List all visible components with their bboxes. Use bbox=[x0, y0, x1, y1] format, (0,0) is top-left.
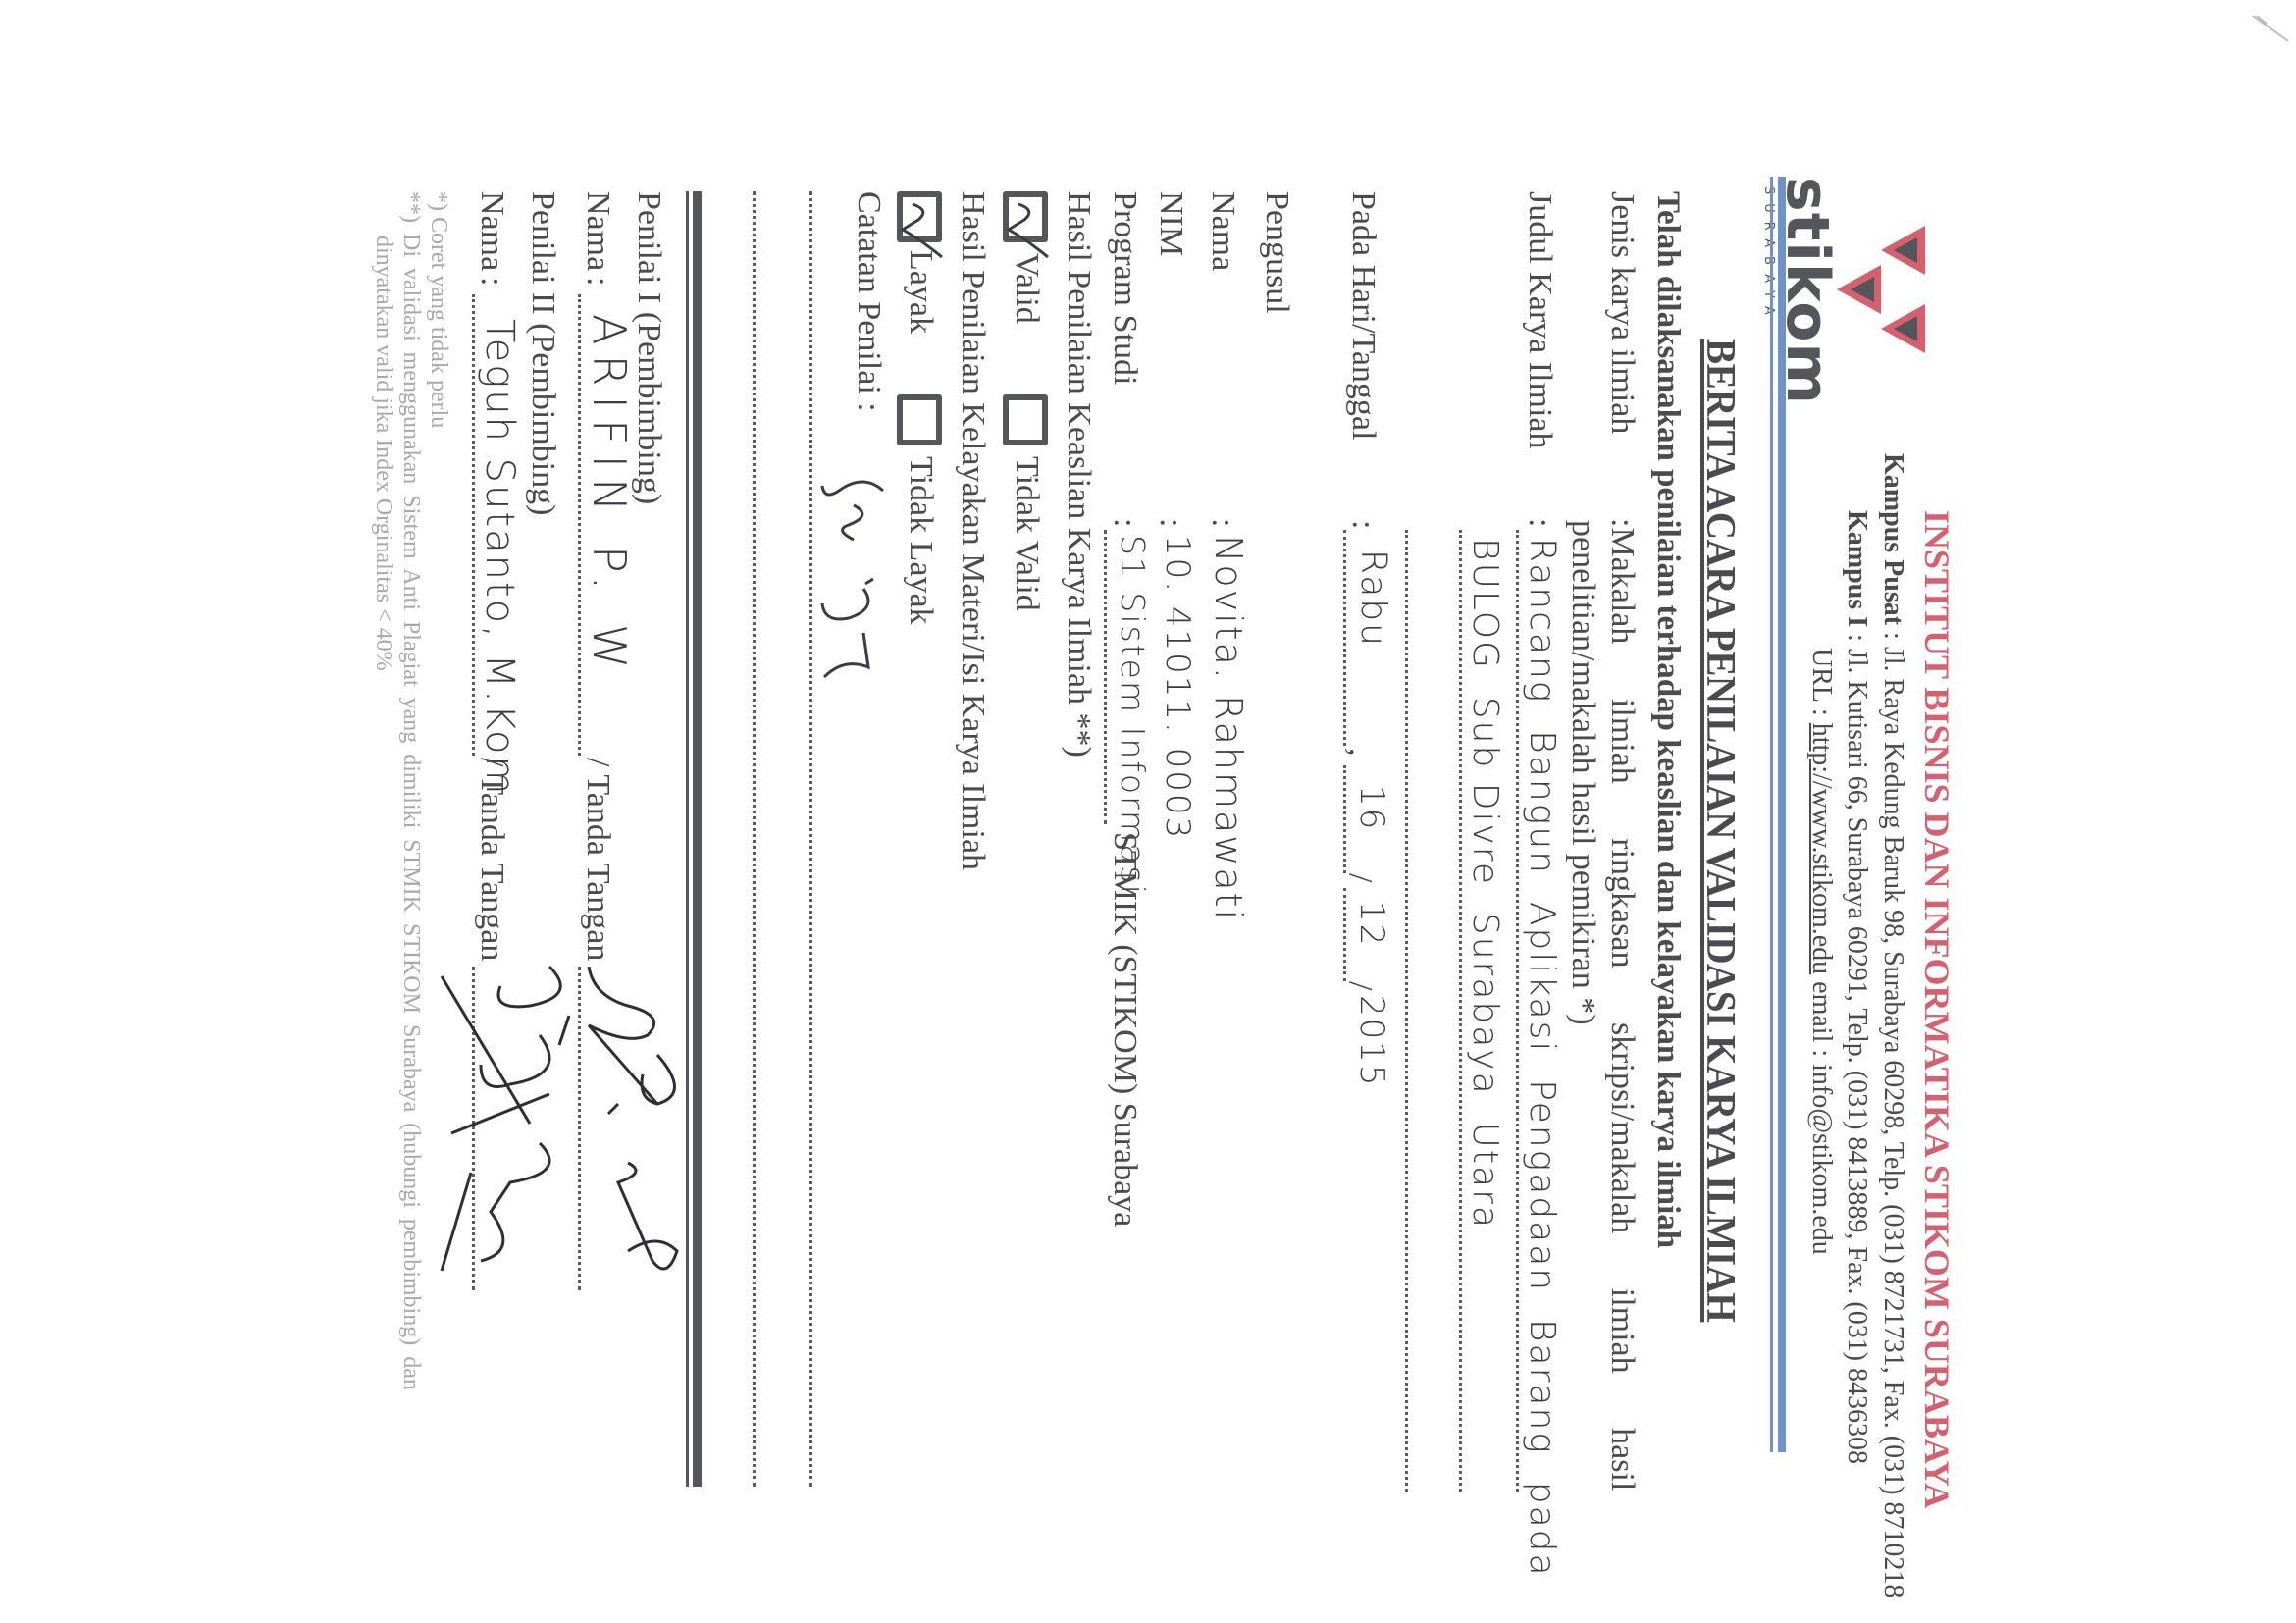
institution-name: INSTITUT BISNIS DAN INFORMATIKA STIKOM S… bbox=[1916, 510, 1957, 1508]
nama-value[interactable]: Novita. Rahmawati bbox=[1207, 535, 1250, 921]
nim-value[interactable]: 10. 41011. 0003 bbox=[1158, 535, 1197, 840]
prodi-colon: : bbox=[1106, 518, 1143, 527]
tanggal-year[interactable]: 2015 bbox=[1352, 995, 1391, 1088]
logo-subtext: SURABAYA bbox=[1761, 186, 1776, 324]
url-prefix: URL : bbox=[1806, 648, 1837, 723]
address-main-text: : Jl. Raya Kedung Baruk 98, Surabaya 602… bbox=[1878, 625, 1908, 1597]
penilai2-colon: : bbox=[473, 277, 510, 286]
day-dots bbox=[1343, 765, 1346, 873]
reviewer-initials-icon bbox=[814, 471, 893, 707]
penilai2-signature-icon bbox=[432, 957, 589, 1290]
divider-thin bbox=[686, 191, 689, 1487]
footnote-1: *) Coret yang tidak perlu bbox=[425, 191, 451, 428]
penilai1-nama-dots bbox=[578, 294, 581, 756]
penilai1-nama-label: Nama bbox=[579, 191, 616, 271]
penilai2-nama-dots bbox=[472, 294, 475, 756]
prodi-suffix: STMIK (STIKOM) Surabaya bbox=[1106, 832, 1143, 1227]
stikom-logo: stikom SURABAYA bbox=[1788, 177, 1935, 402]
nama-colon: : bbox=[1204, 518, 1241, 527]
keaslian-heading: Hasil Penilaian Keaslian Karya Ilmiah **… bbox=[1060, 191, 1097, 758]
layak-label: Layak bbox=[902, 250, 939, 334]
penilai1-ttd-label: / Tanda Tangan bbox=[579, 758, 616, 961]
address-second-text: : Jl. Kutisari 66, Surabaya 60291, Telp.… bbox=[1842, 627, 1872, 1464]
judul-line2-dots bbox=[1459, 530, 1462, 1492]
valid-label: Valid bbox=[1008, 253, 1045, 324]
judul-line1-dots bbox=[1516, 530, 1519, 1492]
comma-sep: , bbox=[1341, 748, 1379, 757]
divider-thick bbox=[693, 191, 702, 1487]
tanggal-day[interactable]: 16 bbox=[1352, 785, 1391, 831]
penilai2-nama-label: Nama bbox=[473, 191, 510, 271]
email-prefix: email : bbox=[1806, 974, 1837, 1064]
header-rule-thin bbox=[1770, 177, 1773, 1452]
email-link[interactable]: info@stikom.edu bbox=[1806, 1064, 1837, 1255]
hari-value[interactable]: Rabu bbox=[1353, 550, 1393, 648]
page-title: BERITA ACARA PENILAIAN VALIDASI KARYA IL… bbox=[1696, 339, 1744, 1322]
penilai1-nama-value[interactable]: ARIFIN P. W bbox=[583, 314, 636, 678]
stikom-logo-icon bbox=[1827, 216, 1935, 363]
hari-dots bbox=[1343, 530, 1346, 746]
website-link[interactable]: http://www.stikom.edu bbox=[1806, 723, 1837, 974]
tidak-layak-checkbox[interactable] bbox=[897, 394, 942, 445]
hari-colon: : bbox=[1344, 520, 1382, 529]
footnote-2-line1: **) Di validasi menggunakan Sistem Anti … bbox=[397, 191, 424, 1390]
address-main: Kampus Pusat : Jl. Raya Kedung Baruk 98,… bbox=[1877, 453, 1908, 1597]
pengusul-label: Pengusul bbox=[1258, 191, 1295, 314]
catatan-line2-dots bbox=[753, 191, 756, 1487]
slash-1: / bbox=[1341, 873, 1379, 882]
contact-line: URL : http://www.stikom.edu email : info… bbox=[1805, 648, 1837, 1255]
hari-tanggal-label: Pada Hari/Tanggal bbox=[1344, 191, 1382, 440]
kelayakan-heading: Hasil Penilaian Kelayakan Materi/Isi Kar… bbox=[954, 191, 991, 870]
footnote-2-line2: dinyatakan valid jika Index Orginalitas … bbox=[370, 236, 396, 671]
jenis-value-line1: :Makalah ilmiah ringkasan skripsi/makala… bbox=[1603, 518, 1641, 1491]
nim-colon: : bbox=[1152, 518, 1189, 527]
pencil-mark-icon bbox=[2247, 12, 2296, 51]
catatan-line1-dots bbox=[809, 191, 812, 1487]
nama-label: Nama bbox=[1204, 191, 1241, 271]
judul-value-line2[interactable]: BULOG Sub Divre Surabaya Utara bbox=[1465, 538, 1505, 1230]
judul-line3-dots bbox=[1405, 530, 1408, 1492]
document-page: stikom SURABAYA INSTITUT BISNIS DAN INFO… bbox=[0, 0, 2296, 1623]
header-rule-thick bbox=[1778, 177, 1786, 1452]
jenis-value-line2: penelitian/makalah hasil pemikiran *) bbox=[1564, 520, 1601, 1025]
judul-value-line1[interactable]: Rancang Bangun Aplikasi Pengadaan Barang… bbox=[1522, 538, 1562, 1578]
penilai1-colon: : bbox=[579, 277, 616, 286]
tidak-valid-label: Tidak Valid bbox=[1008, 456, 1045, 611]
tidak-valid-checkbox[interactable] bbox=[1003, 394, 1048, 445]
slash-2: / bbox=[1341, 981, 1379, 990]
intro-text: Telah dilaksanakan penilaian terhadap ke… bbox=[1649, 191, 1686, 1248]
penilai2-nama-value[interactable]: Teguh Sutanto, M.Kom bbox=[477, 319, 522, 796]
nim-label: NIM bbox=[1152, 191, 1189, 256]
judul-colon: : bbox=[1521, 518, 1558, 527]
address-second-label: Kampus I bbox=[1842, 510, 1872, 627]
jenis-label: Jenis karya ilmiah bbox=[1603, 191, 1641, 434]
address-second: Kampus I : Jl. Kutisari 66, Surabaya 602… bbox=[1841, 510, 1872, 1464]
prodi-dots bbox=[1104, 530, 1107, 824]
catatan-label: Catatan Penilai : bbox=[850, 191, 887, 412]
judul-label: Judul Karya Ilmiah bbox=[1521, 191, 1558, 449]
month-dots bbox=[1343, 888, 1346, 981]
penilai2-heading: Penilai II (Pembimbing) bbox=[524, 191, 561, 516]
penilai2-ttd-label: / Tanda Tangan bbox=[473, 758, 510, 961]
prodi-label: Program Studi bbox=[1106, 191, 1143, 385]
tidak-layak-label: Tidak Layak bbox=[902, 456, 939, 625]
tanggal-month[interactable]: 12 bbox=[1352, 901, 1391, 947]
address-main-label: Kampus Pusat bbox=[1878, 453, 1908, 625]
